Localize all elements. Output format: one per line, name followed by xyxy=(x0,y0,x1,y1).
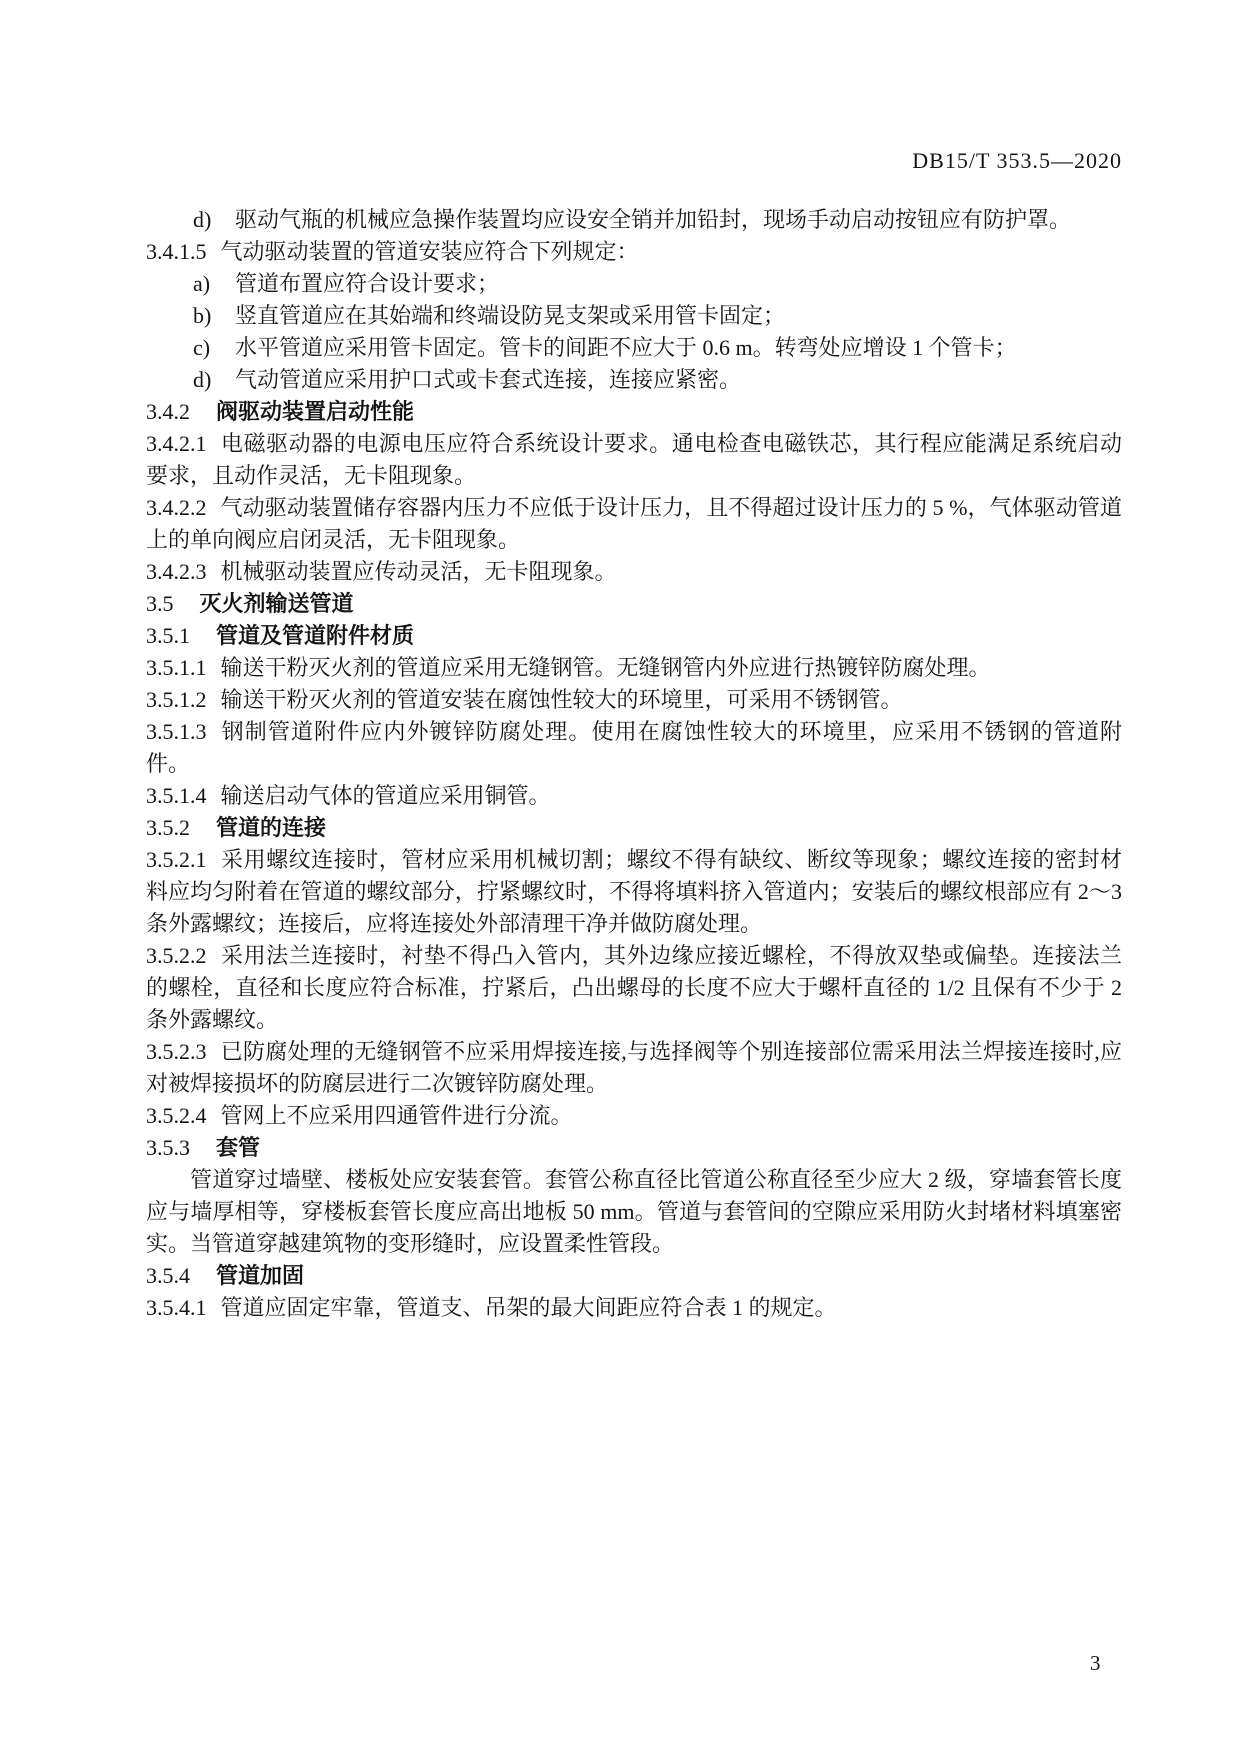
clause-text: 采用法兰连接时，衬垫不得凸入管内，其外边缘应接近螺栓，不得放双垫或偏垫。连接法兰… xyxy=(146,943,1122,1032)
list-item: a) 管道布置应符合设计要求； xyxy=(146,268,1122,300)
clause: 3.5.4.1管道应固定牢靠，管道支、吊架的最大间距应符合表 1 的规定。 xyxy=(146,1292,1122,1324)
list-item: c) 水平管道应采用管卡固定。管卡的间距不应大于 0.6 m。转弯处应增设 1 … xyxy=(146,332,1122,364)
clause-text: 管道应固定牢靠，管道支、吊架的最大间距应符合表 1 的规定。 xyxy=(221,1295,837,1320)
section-number: 3.5.3 xyxy=(146,1135,190,1160)
clause-text: 电磁驱动器的电源电压应符合系统设计要求。通电检查电磁铁芯，其行程应能满足系统启动… xyxy=(146,431,1122,488)
section-number: 3.5 xyxy=(146,591,174,616)
clause-number: 3.4.1.5 xyxy=(146,239,207,264)
list-item-text: 水平管道应采用管卡固定。管卡的间距不应大于 0.6 m。转弯处应增设 1 个管卡… xyxy=(235,335,1017,360)
section-heading: 3.5灭火剂输送管道 xyxy=(146,588,1122,620)
list-item-text: 管道布置应符合设计要求； xyxy=(235,271,499,296)
document-body: d) 驱动气瓶的机械应急操作装置均应设安全销并加铅封，现场手动启动按钮应有防护罩… xyxy=(146,204,1122,1324)
clause-number: 3.4.2.3 xyxy=(146,559,207,584)
section-title: 套管 xyxy=(216,1135,260,1160)
section-number: 3.5.2 xyxy=(146,815,190,840)
clause-number: 3.5.2.2 xyxy=(146,943,207,968)
section-title: 管道的连接 xyxy=(216,815,326,840)
paragraph: 管道穿过墙壁、楼板处应安装套管。套管公称直径比管道公称直径至少应大 2 级，穿墙… xyxy=(146,1164,1122,1260)
page-number: 3 xyxy=(1090,1652,1101,1674)
section-heading: 3.4.2阀驱动装置启动性能 xyxy=(146,396,1122,428)
list-item-label: c) xyxy=(193,332,210,364)
list-item-label: d) xyxy=(193,364,211,396)
section-title: 灭火剂输送管道 xyxy=(200,591,354,616)
section-number: 3.5.4 xyxy=(146,1263,190,1288)
clause: 3.4.2.3机械驱动装置应传动灵活，无卡阻现象。 xyxy=(146,556,1122,588)
clause: 3.5.2.1采用螺纹连接时，管材应采用机械切割；螺纹不得有缺纹、断纹等现象；螺… xyxy=(146,844,1122,940)
clause-text: 输送干粉灭火剂的管道应采用无缝钢管。无缝钢管内外应进行热镀锌防腐处理。 xyxy=(221,655,991,680)
clause-number: 3.5.4.1 xyxy=(146,1295,207,1320)
clause-number: 3.5.1.1 xyxy=(146,655,207,680)
list-item: b) 竖直管道应在其始端和终端设防晃支架或采用管卡固定； xyxy=(146,300,1122,332)
list-item-label: d) xyxy=(193,204,211,236)
section-number: 3.5.1 xyxy=(146,623,190,648)
list-item: d) 气动管道应采用护口式或卡套式连接，连接应紧密。 xyxy=(146,364,1122,396)
section-title: 阀驱动装置启动性能 xyxy=(216,399,414,424)
clause-number: 3.5.1.2 xyxy=(146,687,207,712)
list-item-label: a) xyxy=(193,268,210,300)
section-heading: 3.5.1管道及管道附件材质 xyxy=(146,620,1122,652)
clause-number: 3.4.2.1 xyxy=(146,431,207,456)
clause: 3.4.2.2气动驱动装置储存容器内压力不应低于设计压力，且不得超过设计压力的 … xyxy=(146,492,1122,556)
section-heading: 3.5.2管道的连接 xyxy=(146,812,1122,844)
list-item-text: 气动管道应采用护口式或卡套式连接，连接应紧密。 xyxy=(235,367,741,392)
clause: 3.5.1.2输送干粉灭火剂的管道安装在腐蚀性较大的环境里，可采用不锈钢管。 xyxy=(146,684,1122,716)
clause: 3.5.2.2采用法兰连接时，衬垫不得凸入管内，其外边缘应接近螺栓，不得放双垫或… xyxy=(146,940,1122,1036)
clause-text: 已防腐处理的无缝钢管不应采用焊接连接,与选择阀等个别连接部位需采用法兰焊接连接时… xyxy=(146,1039,1122,1096)
section-number: 3.4.2 xyxy=(146,399,190,424)
clause: 3.5.2.4管网上不应采用四通管件进行分流。 xyxy=(146,1100,1122,1132)
clause-number: 3.4.2.2 xyxy=(146,495,207,520)
clause: 3.4.2.1电磁驱动器的电源电压应符合系统设计要求。通电检查电磁铁芯，其行程应… xyxy=(146,428,1122,492)
clause: 3.4.1.5气动驱动装置的管道安装应符合下列规定： xyxy=(146,236,1122,268)
section-heading: 3.5.3套管 xyxy=(146,1132,1122,1164)
page-header: DB15/T 353.5—2020 xyxy=(146,148,1122,174)
document-page: DB15/T 353.5—2020 d) 驱动气瓶的机械应急操作装置均应设安全销… xyxy=(0,0,1241,1755)
clause-number: 3.5.1.4 xyxy=(146,783,207,808)
clause-text: 管网上不应采用四通管件进行分流。 xyxy=(221,1103,573,1128)
clause-text: 机械驱动装置应传动灵活，无卡阻现象。 xyxy=(221,559,617,584)
doc-code: DB15/T 353.5—2020 xyxy=(912,148,1122,173)
clause-text: 气动驱动装置的管道安装应符合下列规定： xyxy=(221,239,639,264)
list-item-text: 竖直管道应在其始端和终端设防晃支架或采用管卡固定； xyxy=(235,303,785,328)
section-heading: 3.5.4管道加固 xyxy=(146,1260,1122,1292)
clause-number: 3.5.1.3 xyxy=(146,719,207,744)
clause-number: 3.5.2.4 xyxy=(146,1103,207,1128)
clause: 3.5.1.1输送干粉灭火剂的管道应采用无缝钢管。无缝钢管内外应进行热镀锌防腐处… xyxy=(146,652,1122,684)
clause-number: 3.5.2.3 xyxy=(146,1039,207,1064)
list-item-text: 驱动气瓶的机械应急操作装置均应设安全销并加铅封，现场手动启动按钮应有防护罩。 xyxy=(235,207,1071,232)
clause-number: 3.5.2.1 xyxy=(146,847,207,872)
section-title: 管道加固 xyxy=(216,1263,304,1288)
clause: 3.5.1.3钢制管道附件应内外镀锌防腐处理。使用在腐蚀性较大的环境里，应采用不… xyxy=(146,716,1122,780)
clause-text: 输送干粉灭火剂的管道安装在腐蚀性较大的环境里，可采用不锈钢管。 xyxy=(221,687,903,712)
clause: 3.5.2.3已防腐处理的无缝钢管不应采用焊接连接,与选择阀等个别连接部位需采用… xyxy=(146,1036,1122,1100)
clause: 3.5.1.4输送启动气体的管道应采用铜管。 xyxy=(146,780,1122,812)
clause-text: 输送启动气体的管道应采用铜管。 xyxy=(221,783,551,808)
clause-text: 气动驱动装置储存容器内压力不应低于设计压力，且不得超过设计压力的 5 %，气体驱… xyxy=(146,495,1122,552)
list-item: d) 驱动气瓶的机械应急操作装置均应设安全销并加铅封，现场手动启动按钮应有防护罩… xyxy=(146,204,1122,236)
clause-text: 钢制管道附件应内外镀锌防腐处理。使用在腐蚀性较大的环境里，应采用不锈钢的管道附件… xyxy=(146,719,1122,776)
section-title: 管道及管道附件材质 xyxy=(216,623,414,648)
list-item-label: b) xyxy=(193,300,211,332)
clause-text: 采用螺纹连接时，管材应采用机械切割；螺纹不得有缺纹、断纹等现象；螺纹连接的密封材… xyxy=(146,847,1122,936)
